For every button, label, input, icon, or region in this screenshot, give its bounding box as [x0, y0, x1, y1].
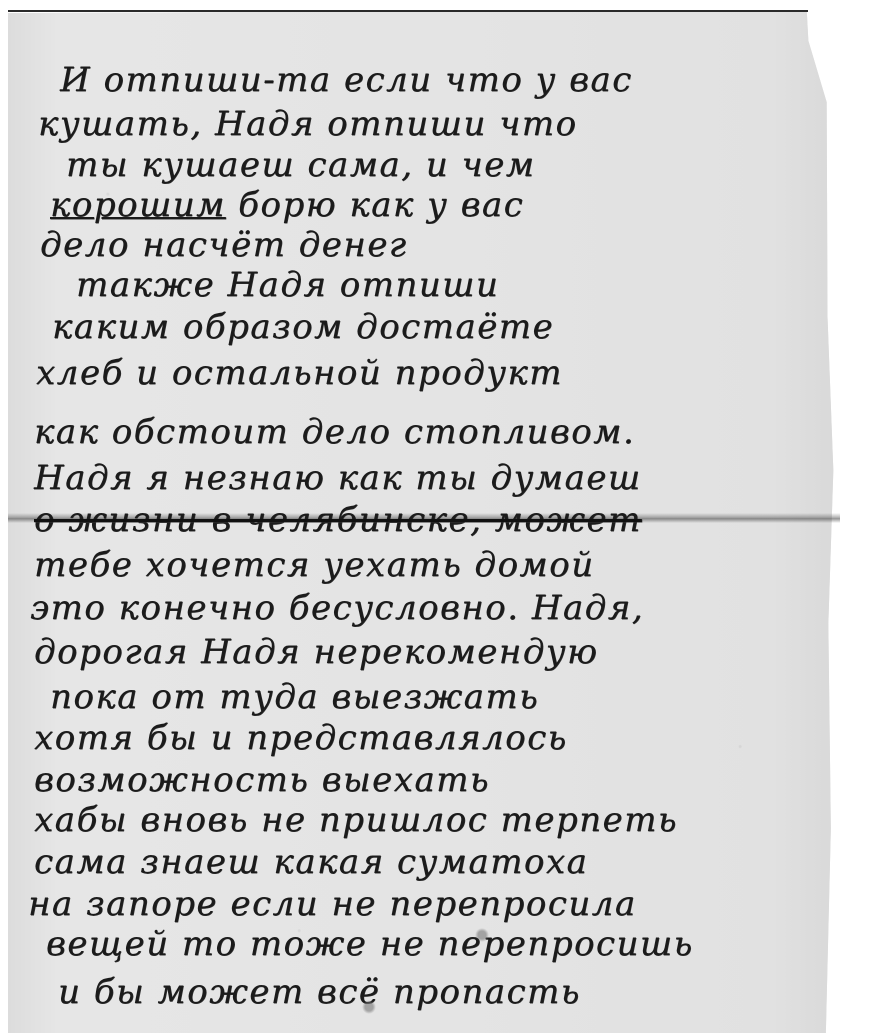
letter-line-9: как обстоит дело стопливом. [34, 412, 635, 452]
letter-line-22: и бы может всё пропасть [58, 972, 581, 1012]
letter-body: И отпиши-та если что у вас кушать, Надя … [0, 0, 870, 1033]
letter-line-16: хотя бы и представлялось [34, 718, 568, 758]
letter-line-11-struck: о жизни в челябинске, может [34, 500, 642, 540]
letter-line-17: возможность выехать [34, 760, 490, 800]
letter-line-12: тебе хочется уехать домой [34, 545, 594, 585]
letter-line-6: также Надя отпиши [76, 265, 499, 305]
letter-line-20: на запоре если не перепросила [28, 884, 637, 924]
letter-line-5: дело насчёт денег [40, 225, 408, 265]
letter-line-13: это конечно бесусловно. Надя, [30, 588, 644, 628]
letter-line-10: Надя я незнаю как ты думаеш [34, 458, 642, 498]
letter-line-7: каким образом достаёте [52, 307, 554, 347]
letter-line-3: ты кушаеш сама, и чем [66, 145, 535, 185]
ink-stain [475, 928, 489, 942]
letter-line-18: хабы вновь не пришлос терпеть [34, 800, 678, 840]
letter-line-19: сама знаеш какая суматоха [34, 842, 588, 882]
letter-line-15: пока от туда выезжать [50, 677, 539, 717]
letter-line-4-rest: борю как у вас [226, 185, 524, 225]
letter-line-2: кушать, Надя отпиши что [38, 104, 577, 144]
letter-line-8: хлеб и остальной продукт [36, 353, 563, 393]
letter-line-14: дорогая Надя нерекомендую [34, 632, 598, 672]
letter-line-1: И отпиши-та если что у вас [60, 60, 633, 100]
letter-line-4: корошим борю как у вас [50, 185, 524, 225]
letter-line-21: вещей то тоже не перепросишь [46, 924, 694, 964]
underlined-word: корошим [50, 185, 226, 225]
ink-stain [362, 1000, 376, 1014]
